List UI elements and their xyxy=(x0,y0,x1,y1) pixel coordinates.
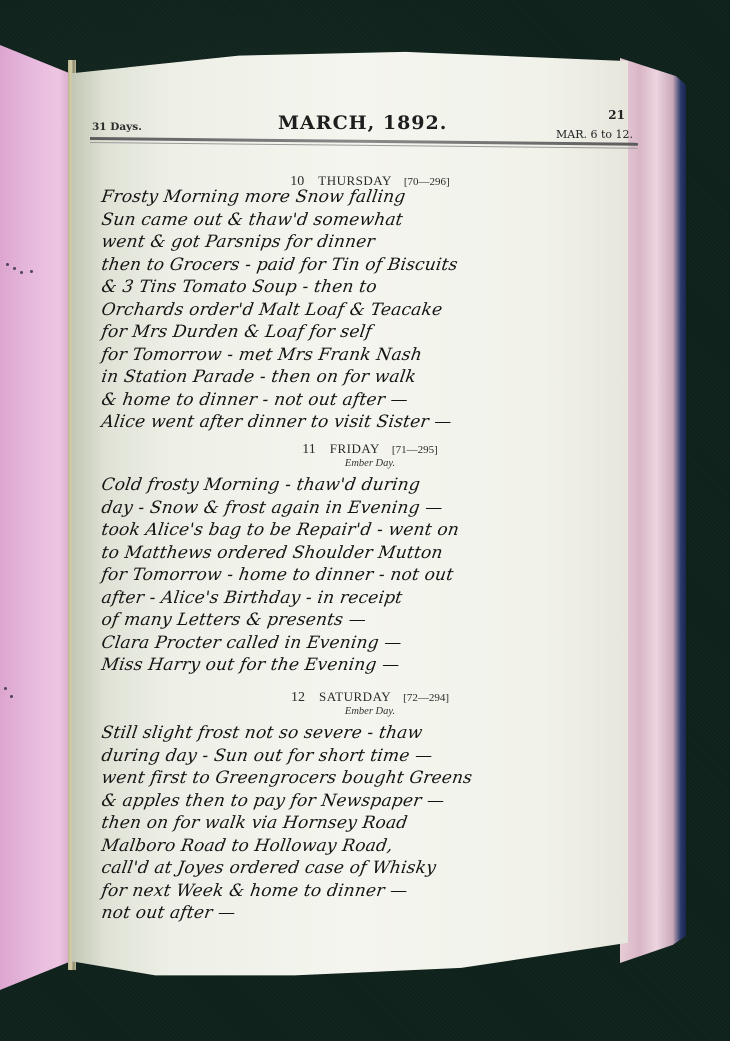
entry-line: then to Grocers - paid for Tin of Biscui… xyxy=(100,254,643,277)
day-number: 11 xyxy=(302,442,315,457)
entry-line: & apples then to pay for Newspaper — xyxy=(100,790,643,813)
entry-line: Miss Harry out for the Evening — xyxy=(100,654,643,677)
ink-speck xyxy=(10,695,13,698)
ink-speck xyxy=(30,270,33,273)
entry-line: Orchards order'd Malt Loaf & Teacake xyxy=(100,299,643,322)
day-heading-saturday: 12 SATURDAY [72—294] xyxy=(200,688,540,706)
entry-line: Frosty Morning more Snow falling xyxy=(100,186,643,209)
entry-line: of many Letters & presents — xyxy=(100,609,643,632)
entry-line: Alice went after dinner to visit Sister … xyxy=(100,411,643,434)
ink-speck xyxy=(6,263,9,266)
day-name: SATURDAY xyxy=(319,689,391,704)
entry-thursday: Frosty Morning more Snow falling Sun cam… xyxy=(100,186,640,434)
ink-speck xyxy=(20,271,23,274)
entry-line: in Station Parade - then on for walk xyxy=(100,366,643,389)
entry-line: for Tomorrow - met Mrs Frank Nash xyxy=(100,344,643,367)
ember-day-label: Ember Day. xyxy=(200,706,540,717)
ink-speck xyxy=(4,687,7,690)
entry-line: & 3 Tins Tomato Soup - then to xyxy=(100,276,643,299)
entry-line: then on for walk via Hornsey Road xyxy=(100,812,643,835)
facing-left-page xyxy=(0,45,70,990)
day-heading-friday: 11 FRIDAY [71—295] xyxy=(200,440,540,458)
day-count: [72—294] xyxy=(403,692,449,704)
entry-line: to Matthews ordered Shoulder Mutton xyxy=(100,542,643,565)
page-header: 31 Days. MARCH, 1892. 21 MAR. 6 to 12. xyxy=(90,108,635,158)
entry-line: Clara Procter called in Evening — xyxy=(100,632,643,655)
entry-line: for Mrs Durden & Loaf for self xyxy=(100,321,643,344)
entry-friday: Cold frosty Morning - thaw'd during day … xyxy=(100,474,640,677)
entry-saturday: Still slight frost not so severe - thaw … xyxy=(100,722,640,925)
entry-line: went & got Parsnips for dinner xyxy=(100,231,643,254)
day-number: 12 xyxy=(291,690,305,705)
entry-line: & home to dinner - not out after — xyxy=(100,389,643,412)
entry-line: Cold frosty Morning - thaw'd during xyxy=(100,474,643,497)
ember-day-label: Ember Day. xyxy=(200,458,540,469)
entry-line: took Alice's bag to be Repair'd - went o… xyxy=(100,519,643,542)
entry-line: went first to Greengrocers bought Greens xyxy=(100,767,643,790)
entry-line: not out after — xyxy=(100,902,643,925)
entry-line: Still slight frost not so severe - thaw xyxy=(100,722,643,745)
page-number: 21 xyxy=(608,108,625,122)
entry-line: for next Week & home to dinner — xyxy=(100,880,643,903)
day-count: [71—295] xyxy=(392,444,438,456)
entry-line: Sun came out & thaw'd somewhat xyxy=(100,209,643,232)
page-title: MARCH, 1892. xyxy=(278,112,447,134)
entry-line: Malboro Road to Holloway Road, xyxy=(100,835,643,858)
ink-speck xyxy=(13,267,16,270)
entry-line: during day - Sun out for short time — xyxy=(100,745,643,768)
entry-line: for Tomorrow - home to dinner - not out xyxy=(100,564,643,587)
date-range: MAR. 6 to 12. xyxy=(556,128,633,141)
entry-line: day - Snow & frost again in Evening — xyxy=(100,497,643,520)
day-name: FRIDAY xyxy=(330,441,380,456)
days-in-month: 31 Days. xyxy=(92,121,142,133)
entry-line: call'd at Joyes ordered case of Whisky xyxy=(100,857,643,880)
entry-line: after - Alice's Birthday - in receipt xyxy=(100,587,643,610)
